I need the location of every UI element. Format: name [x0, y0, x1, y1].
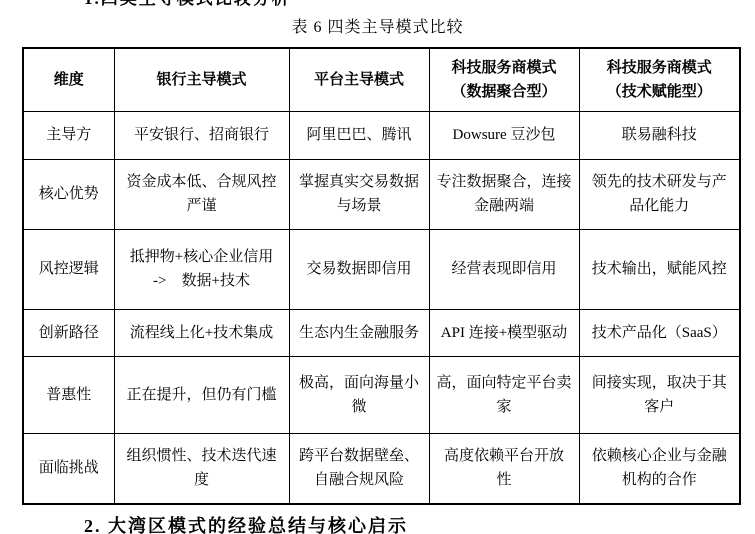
table-cell: 抵押物+核心企业信用 -> 数据+技术	[114, 229, 289, 309]
table-cell: 高，面向特定平台卖 家	[429, 356, 579, 433]
header-cell-tech-enable-mode: 科技服务商模式 （技术赋能型）	[579, 48, 740, 111]
section-heading-2: 2. 大湾区模式的经验总结与核心启示	[84, 514, 408, 534]
table-cell: 依赖核心企业与金融 机构的合作	[579, 433, 740, 504]
header-cell-dimension: 维度	[23, 48, 114, 111]
table-cell: API 连接+模型驱动	[429, 309, 579, 356]
header-cell-platform-mode: 平台主导模式	[289, 48, 429, 111]
table-cell: Dowsure 豆沙包	[429, 111, 579, 159]
row-label-cell: 创新路径	[23, 309, 114, 356]
table-cell: 联易融科技	[579, 111, 740, 159]
table-row: 风控逻辑 抵押物+核心企业信用 -> 数据+技术 交易数据即信用 经营表现即信用…	[23, 229, 740, 309]
row-label-cell: 面临挑战	[23, 433, 114, 504]
table-row: 主导方 平安银行、招商银行 阿里巴巴、腾讯 Dowsure 豆沙包 联易融科技	[23, 111, 740, 159]
table-cell: 流程线上化+技术集成	[114, 309, 289, 356]
table-row: 普惠性 正在提升，但仍有门槛 极高，面向海量小 微 高，面向特定平台卖 家 间接…	[23, 356, 740, 433]
row-label-cell: 风控逻辑	[23, 229, 114, 309]
table-cell: 极高，面向海量小 微	[289, 356, 429, 433]
table-caption: 表 6 四类主导模式比较	[0, 16, 755, 39]
row-label-cell: 普惠性	[23, 356, 114, 433]
table-cell: 技术输出，赋能风控	[579, 229, 740, 309]
table-cell: 跨平台数据壁垒、 自融合规风险	[289, 433, 429, 504]
table-cell: 技术产品化（SaaS）	[579, 309, 740, 356]
table-cell: 交易数据即信用	[289, 229, 429, 309]
section-heading-1: 1.四类主导模式比较分析	[84, 0, 291, 7]
table-row: 创新路径 流程线上化+技术集成 生态内生金融服务 API 连接+模型驱动 技术产…	[23, 309, 740, 356]
table-cell: 专注数据聚合，连接 金融两端	[429, 159, 579, 229]
document-page: 1.四类主导模式比较分析 表 6 四类主导模式比较 维度 银行主导模式 平台主导…	[0, 0, 755, 534]
table-cell: 正在提升，但仍有门槛	[114, 356, 289, 433]
header-cell-tech-data-mode: 科技服务商模式 （数据聚合型）	[429, 48, 579, 111]
table-cell: 间接实现，取决于其 客户	[579, 356, 740, 433]
table-cell: 领先的技术研发与产 品化能力	[579, 159, 740, 229]
table-cell: 阿里巴巴、腾讯	[289, 111, 429, 159]
row-label-cell: 核心优势	[23, 159, 114, 229]
table-cell: 掌握真实交易数据 与场景	[289, 159, 429, 229]
table-row: 核心优势 资金成本低、合规风控 严谨 掌握真实交易数据 与场景 专注数据聚合，连…	[23, 159, 740, 229]
table-cell: 平安银行、招商银行	[114, 111, 289, 159]
table-cell: 经营表现即信用	[429, 229, 579, 309]
table-cell: 资金成本低、合规风控 严谨	[114, 159, 289, 229]
table-cell: 组织惯性、技术迭代速 度	[114, 433, 289, 504]
table-cell: 高度依赖平台开放 性	[429, 433, 579, 504]
header-cell-bank-mode: 银行主导模式	[114, 48, 289, 111]
table-header-row: 维度 银行主导模式 平台主导模式 科技服务商模式 （数据聚合型） 科技服务商模式…	[23, 48, 740, 111]
table-row: 面临挑战 组织惯性、技术迭代速 度 跨平台数据壁垒、 自融合规风险 高度依赖平台…	[23, 433, 740, 504]
table-cell: 生态内生金融服务	[289, 309, 429, 356]
comparison-table: 维度 银行主导模式 平台主导模式 科技服务商模式 （数据聚合型） 科技服务商模式…	[22, 47, 741, 505]
row-label-cell: 主导方	[23, 111, 114, 159]
